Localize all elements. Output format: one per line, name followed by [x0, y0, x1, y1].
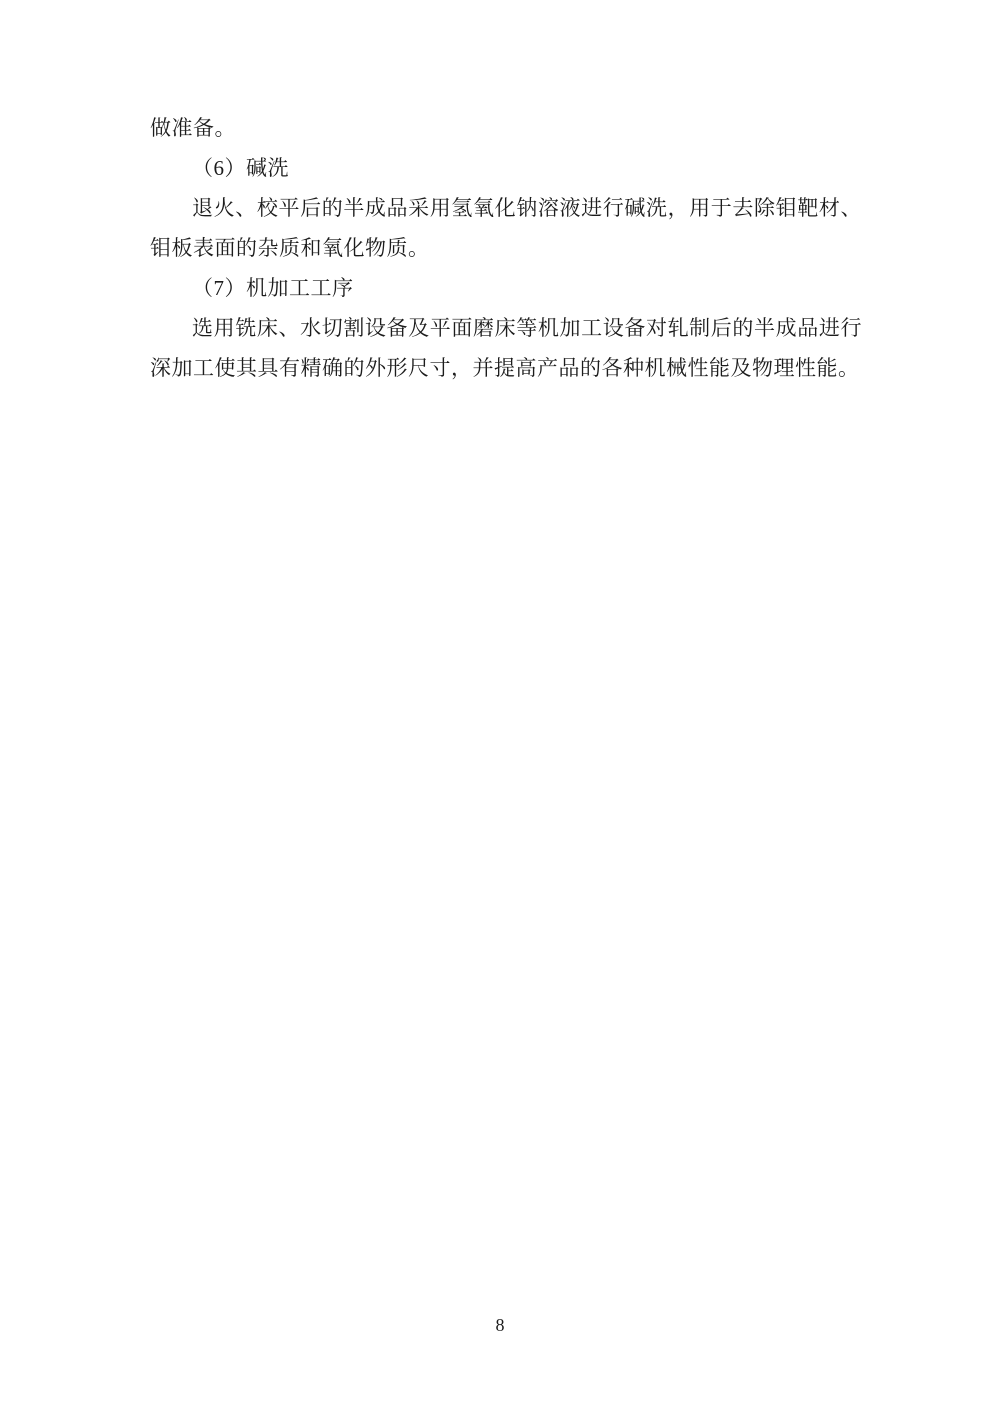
document-body: 做准备。 （6）碱洗 退火、校平后的半成品采用氢氧化钠溶液进行碱洗，用于去除钼靶… [150, 108, 862, 388]
section-heading-7: （7）机加工工序 [150, 268, 862, 308]
paragraph-section-7-body: 选用铣床、水切割设备及平面磨床等机加工设备对轧制后的半成品进行深加工使其具有精确… [150, 308, 862, 388]
page-footer: 8 [0, 1315, 1000, 1336]
page-number: 8 [496, 1315, 505, 1335]
paragraph-section-6-body: 退火、校平后的半成品采用氢氧化钠溶液进行碱洗，用于去除钼靶材、钼板表面的杂质和氧… [150, 188, 862, 268]
document-page: 做准备。 （6）碱洗 退火、校平后的半成品采用氢氧化钠溶液进行碱洗，用于去除钼靶… [0, 0, 1000, 1414]
section-heading-6: （6）碱洗 [150, 148, 862, 188]
paragraph-continuation: 做准备。 [150, 108, 862, 148]
